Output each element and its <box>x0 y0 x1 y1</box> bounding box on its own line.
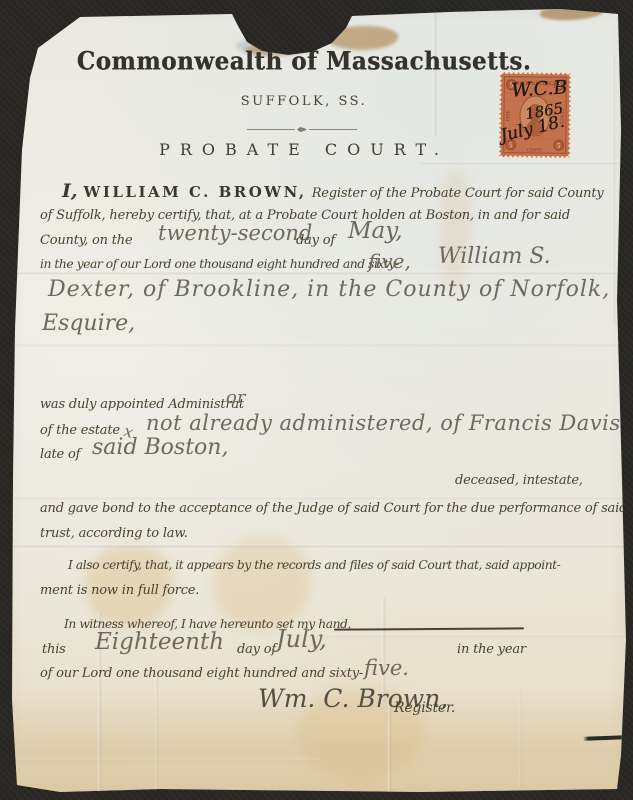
crease <box>0 544 633 547</box>
handwritten-line: not already administered, of Francis Dav… <box>146 413 628 434</box>
crease <box>155 676 158 791</box>
body-line: ment is now in full force. <box>40 583 199 598</box>
handwritten-line: Dexter, of Brookline, in the County of N… <box>48 279 610 301</box>
crease <box>0 496 633 499</box>
body-line: in the year <box>457 642 526 657</box>
revenue-stamp: INTER. REVENUE 5 5 5 5 FIVE CENTS CENTS … <box>498 71 573 160</box>
body-line: deceased, intestate, <box>455 473 583 488</box>
handwritten-day: Eighteenth <box>95 631 224 654</box>
body-line: late of <box>40 447 80 462</box>
stamp-bottom-label: CENTS <box>527 148 543 153</box>
printed-text: Register of the Probate Court for said C… <box>312 186 604 201</box>
body-line: this <box>42 642 66 657</box>
handwritten-suffix: or <box>226 389 245 407</box>
body-line: was duly appointed Administrat <box>40 397 244 412</box>
stamp-left-label: FIVE <box>506 110 511 121</box>
body-line: day of <box>296 233 335 248</box>
crease <box>519 688 522 788</box>
divider-fleuron-icon <box>297 127 307 132</box>
handwritten-year: five, <box>368 251 411 271</box>
page-title: Commonwealth of Massachusetts. <box>40 47 568 76</box>
stain <box>540 3 605 21</box>
document-paper: Commonwealth of Massachusetts. SUFFOLK, … <box>0 0 633 800</box>
crease <box>0 343 633 346</box>
body-line: and gave bond to the acceptance of the J… <box>40 501 627 516</box>
divider-line <box>247 129 295 130</box>
crease <box>0 271 633 274</box>
handwritten-year: five. <box>364 658 409 679</box>
crease <box>300 634 633 637</box>
handwritten-line: Esquire, <box>42 313 135 335</box>
body-line: of our Lord one thousand eight hundred a… <box>40 666 363 681</box>
registrar-name: WILLIAM C. BROWN, <box>84 183 307 201</box>
court-heading: PROBATE COURT. <box>40 140 568 159</box>
body-line: I also certify, that, it appears by the … <box>68 558 560 572</box>
crease <box>612 55 615 325</box>
scanned-document-scene: Commonwealth of Massachusetts. SUFFOLK, … <box>0 0 633 800</box>
crease <box>388 700 391 796</box>
county-heading: SUFFOLK, SS. <box>40 94 568 109</box>
tear-slit <box>583 735 627 741</box>
handwritten-line: said Boston, <box>92 437 228 459</box>
handwritten-name: William S. <box>438 246 551 268</box>
crease <box>420 161 633 164</box>
handwritten-day: twenty-second <box>158 223 312 244</box>
handwritten-month: July, <box>276 627 327 651</box>
ornate-initial: I, <box>62 180 78 202</box>
body-line: trust, according to law. <box>40 526 188 541</box>
crease <box>0 758 320 761</box>
divider-ornament <box>247 127 357 132</box>
body-line: day of <box>237 642 276 657</box>
signature-rule <box>334 627 524 630</box>
body-line: in the year of our Lord one thousand eig… <box>40 257 399 271</box>
stamp-denomination: 5 <box>557 142 561 150</box>
divider-line <box>309 129 357 130</box>
body-line: I,WILLIAM C. BROWN, Register of the Prob… <box>62 180 604 202</box>
handwritten-month: May, <box>348 220 403 243</box>
stamp-cancel-initials: W.C.B <box>511 78 568 100</box>
signature-title: Register. <box>394 700 455 716</box>
body-line: County, on the <box>40 233 132 248</box>
